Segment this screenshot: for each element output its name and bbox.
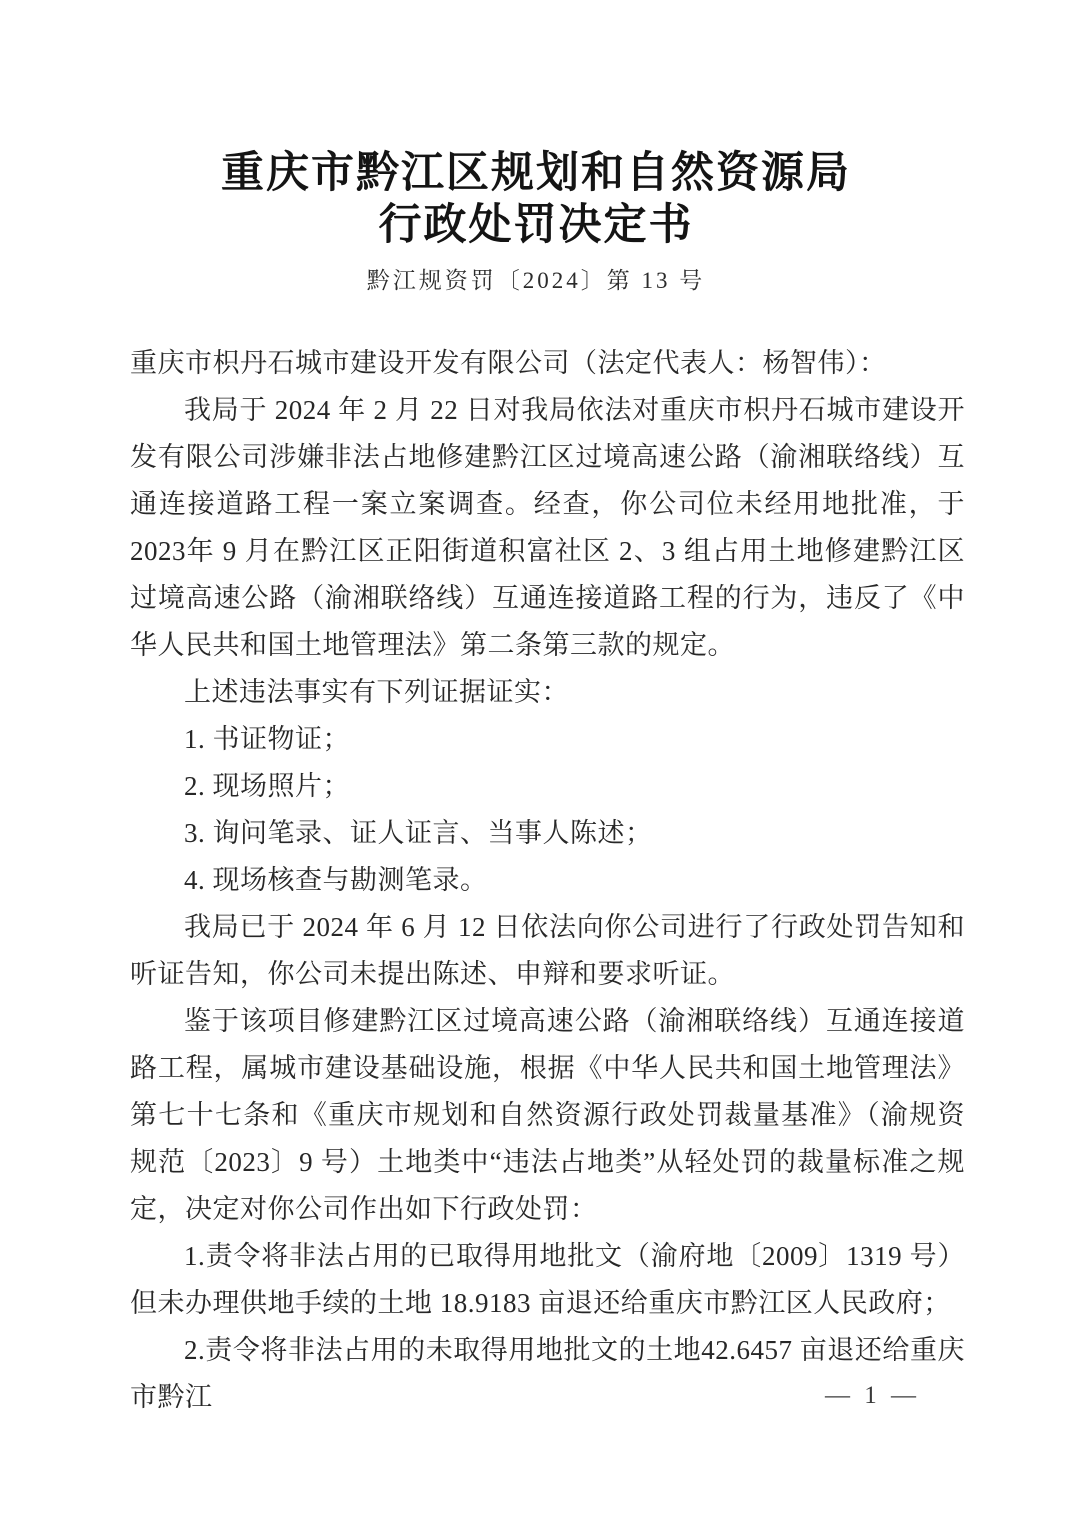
title-line-1: 重庆市黔江区规划和自然资源局 <box>0 148 1072 200</box>
paragraph-case-facts: 我局于 2024 年 2 月 22 日对我局依法对重庆市枳丹石城市建设开发有限公… <box>130 387 965 669</box>
document-header: 重庆市黔江区规划和自然资源局 行政处罚决定书 黔江规资罚〔2024〕第 13 号 <box>0 0 1072 296</box>
paragraph-penalty-basis: 鉴于该项目修建黔江区过境高速公路（渝湘联络线）互通连接道路工程，属城市建设基础设… <box>130 998 965 1233</box>
evidence-item-2: 2. 现场照片； <box>130 763 965 810</box>
document-page: 重庆市黔江区规划和自然资源局 行政处罚决定书 黔江规资罚〔2024〕第 13 号… <box>0 0 1072 1528</box>
evidence-item-3: 3. 询问笔录、证人证言、当事人陈述； <box>130 810 965 857</box>
document-title: 重庆市黔江区规划和自然资源局 行政处罚决定书 <box>0 148 1072 252</box>
evidence-item-1: 1. 书证物证； <box>130 716 965 763</box>
doc-number: 黔江规资罚〔2024〕第 13 号 <box>0 266 1072 296</box>
paragraph-evidence-intro: 上述违法事实有下列证据证实： <box>130 669 965 716</box>
penalty-item-1: 1.责令将非法占用的已取得用地批文（渝府地〔2009〕1319 号）但未办理供地… <box>130 1233 965 1327</box>
paragraph-notification: 我局已于 2024 年 6 月 12 日依法向你公司进行了行政处罚告知和听证告知… <box>130 904 965 998</box>
paragraph-addressee: 重庆市枳丹石城市建设开发有限公司（法定代表人：杨智伟）： <box>130 340 965 387</box>
title-line-2: 行政处罚决定书 <box>0 200 1072 252</box>
page-number: — 1 — <box>825 1382 920 1410</box>
evidence-item-4: 4. 现场核查与勘测笔录。 <box>130 857 965 904</box>
document-body: 重庆市枳丹石城市建设开发有限公司（法定代表人：杨智伟）： 我局于 2024 年 … <box>130 340 965 1421</box>
